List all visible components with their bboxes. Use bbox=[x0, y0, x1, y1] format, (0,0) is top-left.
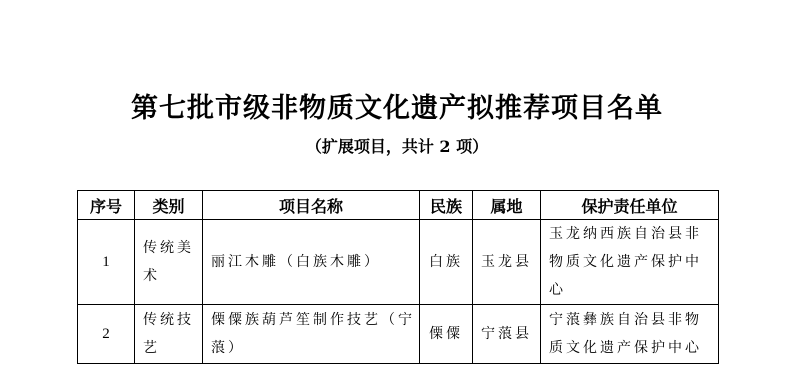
cell-project: 傈僳族葫芦笙制作技艺（宁蒗） bbox=[203, 305, 420, 364]
cell-index: 2 bbox=[78, 305, 135, 364]
table-header-row: 序号 类别 项目名称 民族 属地 保护责任单位 bbox=[78, 191, 719, 220]
header-ethnicity: 民族 bbox=[420, 191, 473, 220]
cell-unit: 宁蒗彝族自治县非物质文化遗产保护中心 bbox=[541, 305, 719, 364]
cell-ethnicity: 白族 bbox=[420, 220, 473, 305]
cell-category: 传统美术 bbox=[135, 220, 203, 305]
header-index: 序号 bbox=[78, 191, 135, 220]
header-location: 属地 bbox=[473, 191, 541, 220]
cell-project: 丽江木雕（白族木雕） bbox=[203, 220, 420, 305]
header-unit: 保护责任单位 bbox=[541, 191, 719, 220]
cell-location: 宁蒗县 bbox=[473, 305, 541, 364]
table-row: 2 传统技艺 傈僳族葫芦笙制作技艺（宁蒗） 傈僳 宁蒗县 宁蒗彝族自治县非物质文… bbox=[78, 305, 719, 364]
header-project: 项目名称 bbox=[203, 191, 420, 220]
cell-ethnicity: 傈僳 bbox=[420, 305, 473, 364]
header-category: 类别 bbox=[135, 191, 203, 220]
cell-location: 玉龙县 bbox=[473, 220, 541, 305]
cell-category: 传统技艺 bbox=[135, 305, 203, 364]
document-subtitle: （扩展项目，共计 2 项） bbox=[0, 136, 794, 158]
cell-unit: 玉龙纳西族自治县非物质文化遗产保护中心 bbox=[541, 220, 719, 305]
cell-index: 1 bbox=[78, 220, 135, 305]
project-table: 序号 类别 项目名称 民族 属地 保护责任单位 1 传统美术 丽江木雕（白族木雕… bbox=[77, 190, 719, 364]
table-row: 1 传统美术 丽江木雕（白族木雕） 白族 玉龙县 玉龙纳西族自治县非物质文化遗产… bbox=[78, 220, 719, 305]
document-title: 第七批市级非物质文化遗产拟推荐项目名单 bbox=[0, 92, 794, 126]
